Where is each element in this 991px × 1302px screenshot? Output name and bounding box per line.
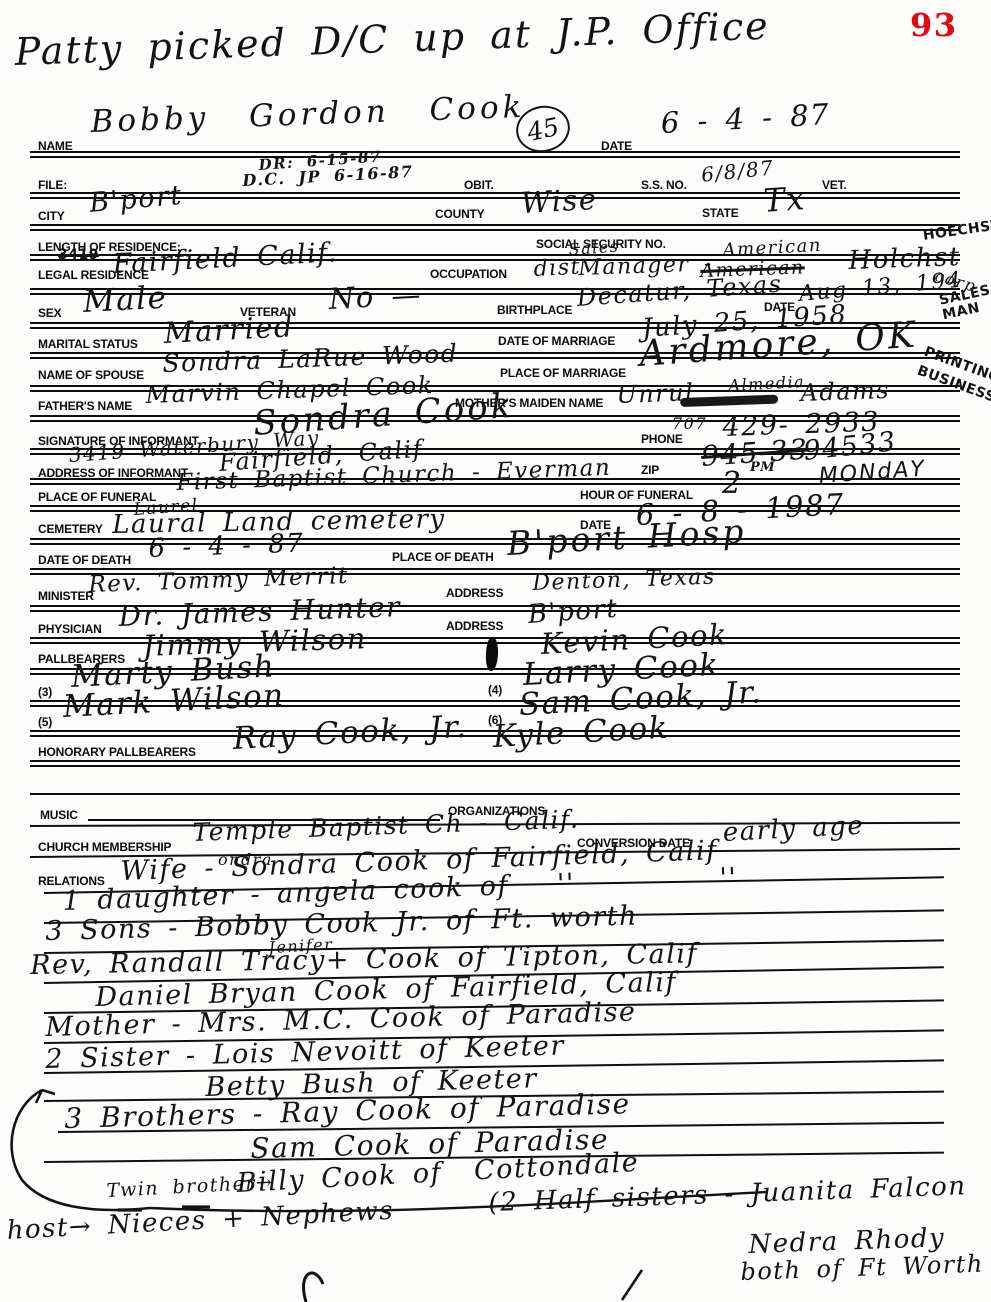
veteran-value: No — [328, 277, 423, 316]
top-handwritten-note: Patty picked D/C up at J.P. Office [14, 4, 770, 74]
place-of-death-value: B'port Hosp [506, 511, 747, 562]
ssn-label: S.S. NO. [641, 178, 687, 192]
birthplace-label: BIRTHPLACE [497, 303, 572, 317]
hour-ampm: PM [750, 460, 775, 475]
county-label: COUNTY [435, 207, 484, 221]
honorary-pallbearers-label: HONORARY PALLBEARERS [38, 745, 196, 759]
pallbearer-3-number: (3) [38, 685, 52, 699]
state-value: Tx [762, 179, 807, 220]
county-value: Wise [520, 182, 598, 220]
date-value: 6 - 4 - 87 [660, 97, 831, 140]
crossed-out-address-number: 3419 [58, 247, 99, 263]
phone-area-code: 707 [672, 414, 707, 433]
honorary-1: Ray Cook, Jr. [232, 709, 468, 757]
rule [30, 793, 960, 795]
fathers-name-label: FATHER'S NAME [38, 399, 132, 413]
marital-status-label: MARITAL STATUS [38, 337, 138, 351]
conversion-date-value: early age [722, 811, 865, 848]
city-value: B'port [88, 180, 184, 219]
nieces-nephews-note: host→ Nieces + Nephews [6, 1196, 395, 1246]
page-number: 93 [910, 6, 958, 44]
obit-label: OBIT. [464, 178, 494, 192]
pallbearer-4-number: (4) [488, 683, 502, 697]
phone-label: PHONE [641, 432, 683, 446]
place-of-death-label: PLACE OF DEATH [392, 550, 494, 564]
marital-status-value: Married [163, 309, 295, 350]
scanned-funeral-record-page: 93 Patty picked D/C up at J.P. Office NA… [0, 0, 991, 1302]
city-label: CITY [38, 209, 65, 223]
church-membership-label: CHURCH MEMBERSHIP [38, 840, 171, 854]
pallbearer-5-number: (5) [38, 715, 52, 729]
date-of-marriage-label: DATE OF MARRIAGE [498, 334, 615, 348]
date-of-death-label: DATE OF DEATH [38, 553, 131, 567]
ink-blot [485, 637, 499, 672]
occupation-label: OCCUPATION [430, 267, 507, 281]
occupation-start: dist [533, 255, 581, 282]
rule [30, 760, 960, 767]
rule [30, 224, 960, 231]
physician-label: PHYSICIAN [38, 622, 102, 636]
mothers-maiden-last: Adams [800, 376, 891, 407]
spouse-label: NAME OF SPOUSE [38, 368, 144, 382]
sex-label: SEX [38, 306, 61, 320]
minister-label: MINISTER [38, 589, 94, 603]
place-of-marriage-label: PLACE OF MARRIAGE [500, 366, 626, 380]
file-label: FILE: [38, 178, 67, 192]
church-membership-value: Temple Baptist Ch - Calif. [192, 804, 580, 846]
minister-address-value: Denton, Texas [532, 565, 716, 596]
minister-address-label: ADDRESS [446, 586, 503, 600]
date-of-death-value: 6 - 4 - 87 [148, 529, 305, 564]
mothers-maiden-correction: Almedia [728, 372, 806, 395]
rule [30, 151, 960, 158]
cemetery-label: CEMETERY [38, 522, 103, 536]
sex-value: Male [82, 280, 168, 320]
name-value: Bobby Gordon Cook [90, 89, 526, 140]
state-label: STATE [702, 206, 739, 220]
margin-note-hoechst: HOECHST [922, 217, 991, 244]
vet-label: VET. [822, 178, 847, 192]
physician-address-label: ADDRESS [446, 619, 503, 633]
zip-label: ZIP [641, 463, 659, 477]
music-label: MUSIC [40, 808, 78, 822]
